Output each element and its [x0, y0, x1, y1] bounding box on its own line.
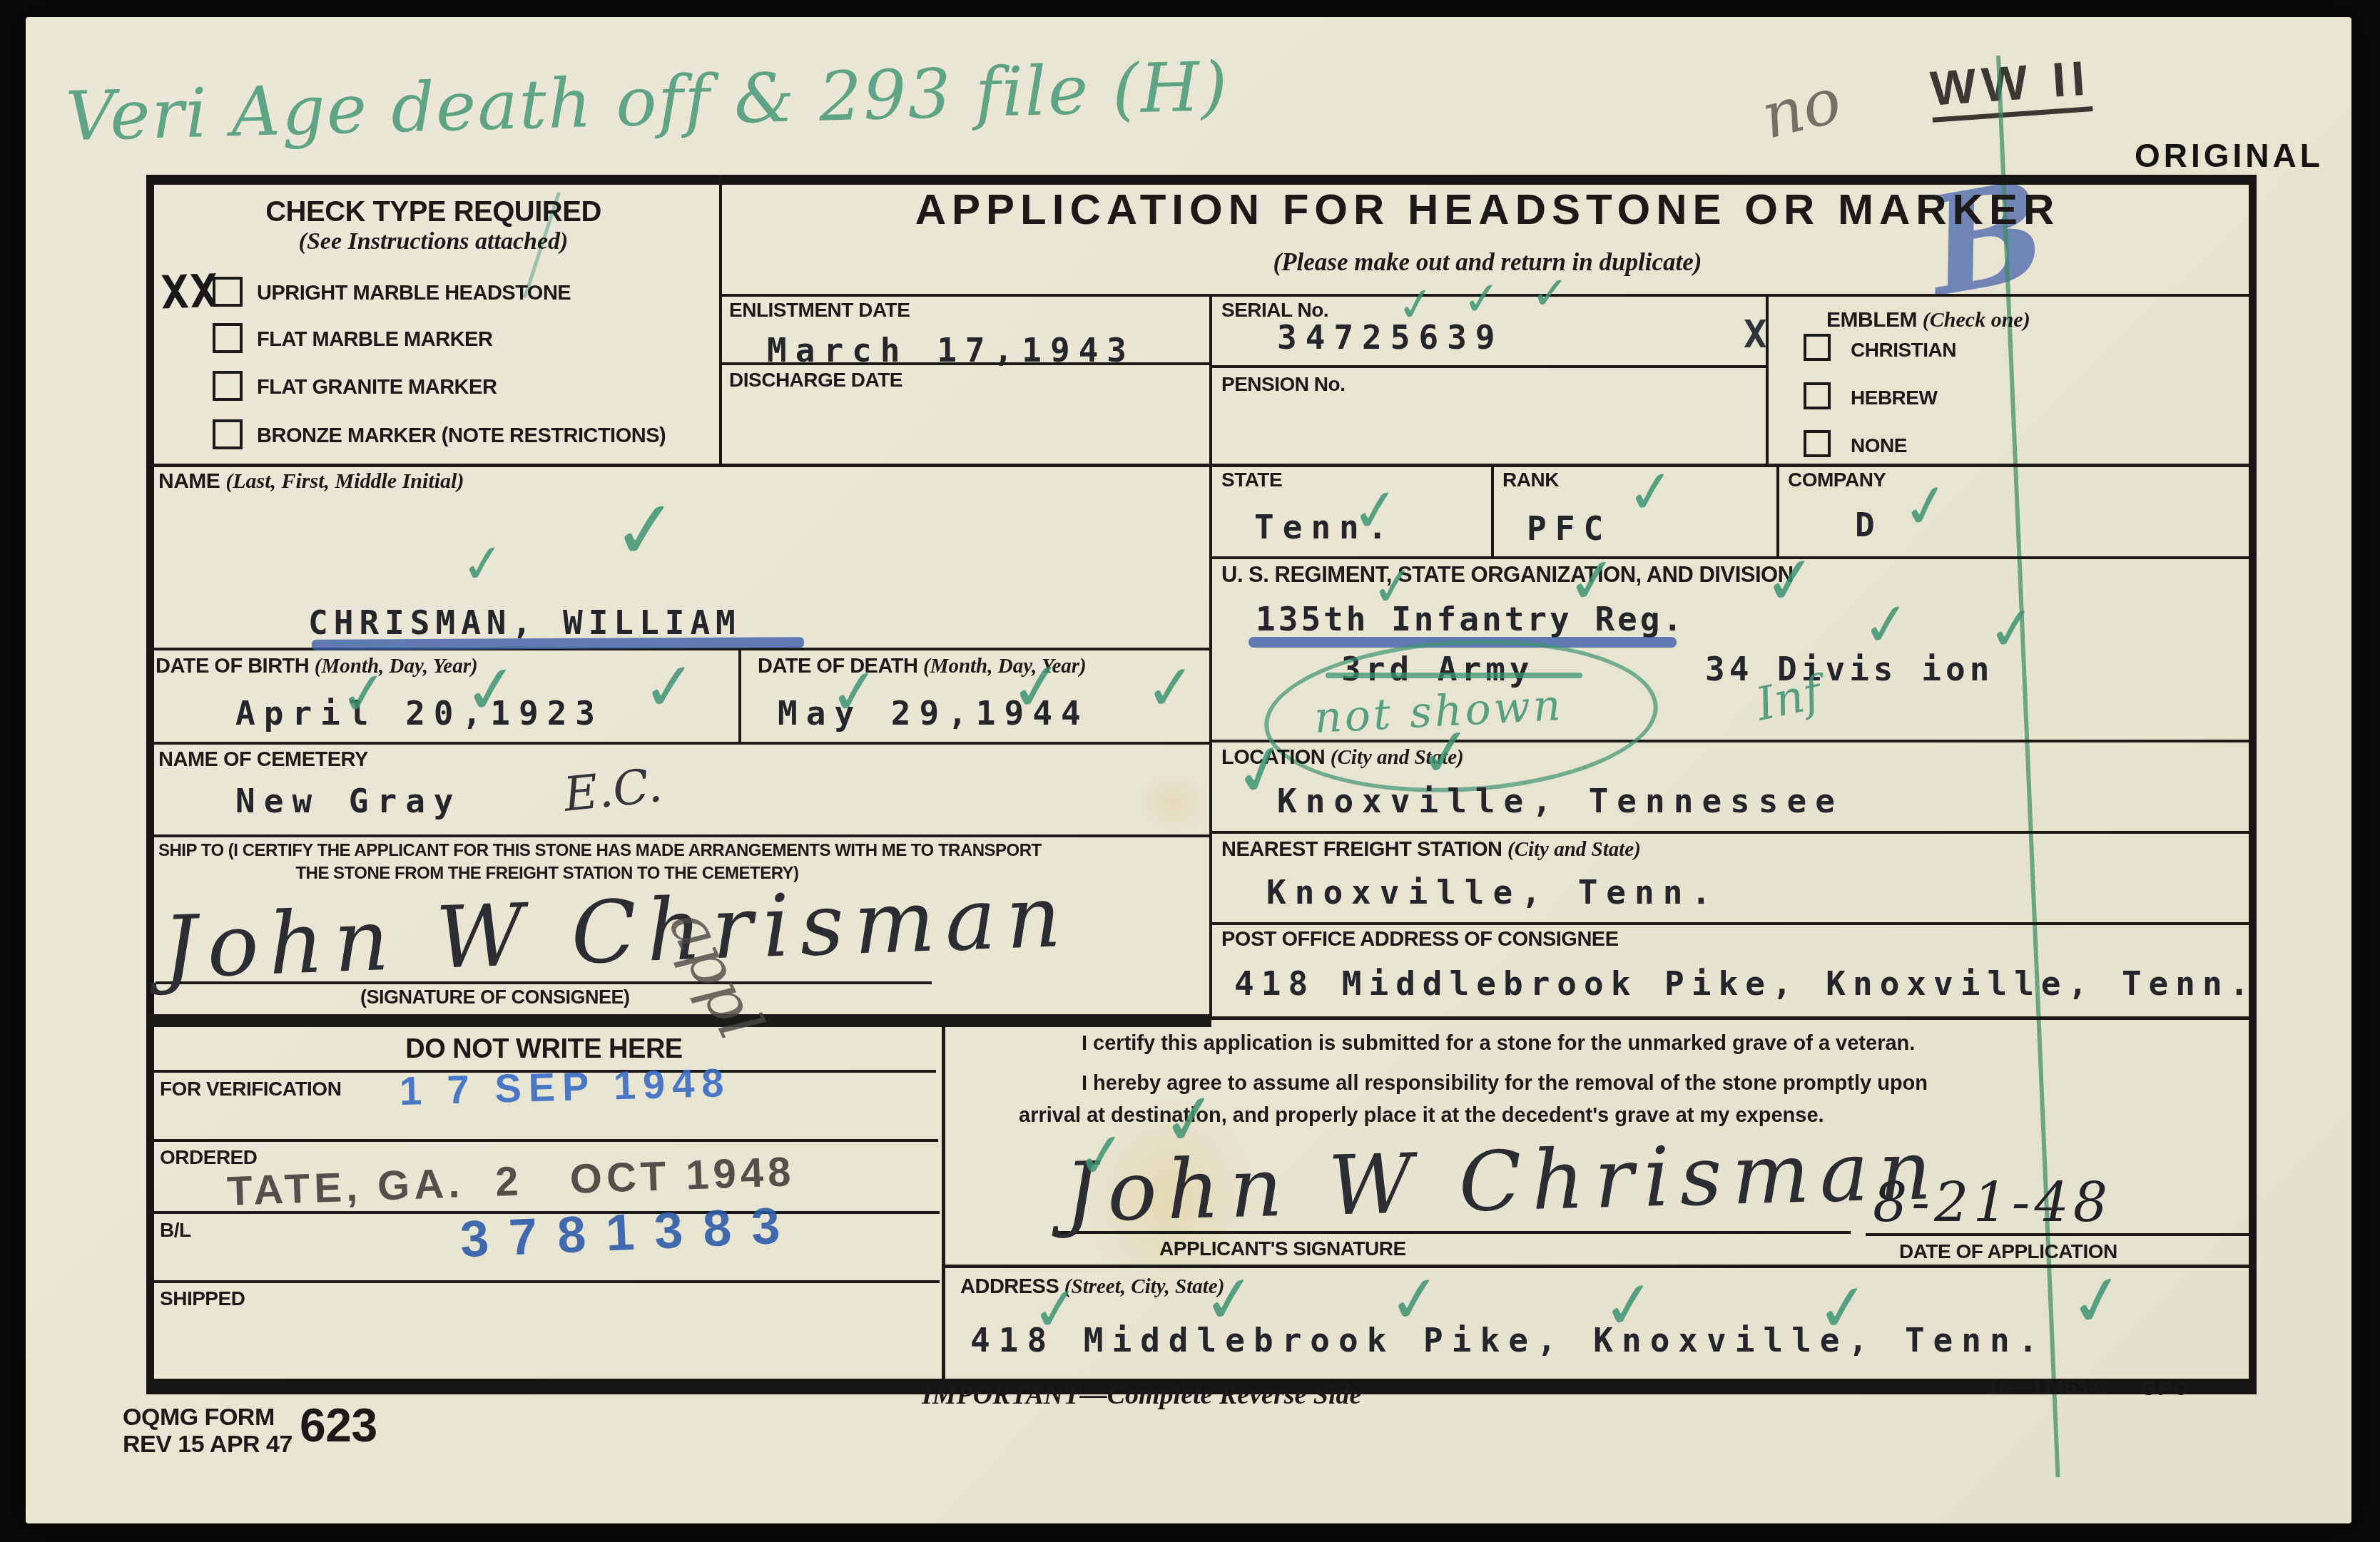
certify-line3: arrival at destination, and properly pla…	[1019, 1105, 1824, 1126]
green-check-mark: ✓	[1143, 656, 1199, 721]
cemetery-value: New Gray	[235, 785, 462, 817]
divider	[1209, 922, 2257, 925]
green-check-mark: ✓	[1200, 1265, 1260, 1334]
check-type-option-label: FLAT GRANITE MARKER	[257, 377, 497, 398]
cemetery-label: NAME OF CEMETERY	[158, 749, 368, 770]
emblem-option-label: CHRISTIAN	[1851, 339, 1956, 360]
enlistment-date-label: ENLISTMENT DATE	[729, 300, 910, 320]
green-check-mark: ✓	[1029, 1279, 1084, 1342]
green-check-mark: ✓	[1073, 1123, 1131, 1189]
emblem-detail: (Check one)	[1923, 308, 2030, 332]
original-label: ORIGINAL	[2135, 138, 2324, 173]
green-check-mark: ✓	[1531, 271, 1570, 317]
form-title: APPLICATION FOR HEADSTONE OR MARKER	[721, 187, 2254, 232]
gpo-label: GPO	[2140, 1378, 2191, 1399]
green-check-mark: ✓	[458, 536, 507, 593]
green-check-mark: ✓	[1415, 718, 1476, 789]
emblem-label: EMBLEM	[1826, 308, 1923, 332]
checkbox-none[interactable]	[1804, 430, 1831, 457]
wwii-stamp: WW II	[1928, 53, 2092, 123]
green-check-mark: ✓	[1157, 1082, 1224, 1158]
pencil-scribble: no	[1756, 68, 1847, 148]
ship-to-label-line1: SHIP TO (I CERTIFY THE APPLICANT FOR THI…	[158, 842, 1042, 859]
divider	[151, 1139, 938, 1142]
rank-value: PFC	[1527, 512, 1612, 545]
pension-no-label: PENSION No.	[1221, 374, 1345, 394]
green-check-mark: ✓	[1600, 1271, 1659, 1340]
verification-date-stamp: 1 7 SEP 1948	[399, 1063, 731, 1111]
address-value: 418 Middlebrook Pike, Knoxville, Tenn.	[970, 1324, 2046, 1357]
freight-station-detail: (City and State)	[1507, 838, 1641, 861]
green-check-mark: ✓	[1394, 280, 1438, 331]
green-check-mark: ✓	[640, 653, 699, 722]
green-check-mark: ✓	[460, 655, 522, 726]
green-check-mark: ✓	[1348, 480, 1403, 543]
form-number: 623	[300, 1401, 377, 1450]
address-label-row: ADDRESS (Street, City, State)	[960, 1275, 1224, 1299]
divider	[150, 464, 2254, 467]
green-check-mark: ✓	[2063, 1262, 2132, 1340]
certify-line1: I certify this application is submitted …	[1082, 1033, 1915, 1054]
green-check-mark: ✓	[609, 489, 681, 573]
applicant-signature-label: APPLICANT'S SIGNATURE	[1159, 1238, 1406, 1259]
checkbox-hebrew[interactable]	[1804, 382, 1831, 409]
emblem-option-label: HEBREW	[1851, 387, 1937, 408]
check-type-option-label: UPRIGHT MARBLE HEADSTONE	[257, 282, 571, 304]
scanned-headstone-application: { "annotations": { "top_note": "Veri Age…	[0, 0, 2380, 1542]
green-check-mark: ✓	[1564, 548, 1622, 614]
dob-value: April 20,1923	[235, 697, 604, 730]
green-check-mark: ✓	[337, 663, 392, 727]
checkbox-christian[interactable]	[1804, 334, 1831, 361]
ec-handwritten-note: E.C.	[561, 762, 664, 819]
checkbox-flat-granite-marker[interactable]	[213, 371, 243, 401]
green-check-mark: ✓	[1761, 546, 1821, 616]
divider	[1209, 556, 2257, 559]
form-id-line1: OQMG FORM	[123, 1405, 275, 1431]
rank-label: RANK	[1502, 469, 1559, 490]
print-code: 16—11453-6	[1987, 1377, 2106, 1399]
name-label-row: NAME (Last, First, Middle Initial)	[158, 469, 464, 494]
for-verification-label: FOR VERIFICATION	[160, 1078, 341, 1099]
company-value: D	[1855, 509, 1883, 541]
emblem-x-mark: X	[1744, 315, 1776, 354]
green-check-mark: ✓	[1897, 474, 1956, 541]
serial-no-label: SERIAL No.	[1221, 300, 1328, 320]
freight-label-row: NEAREST FREIGHT STATION (City and State)	[1221, 838, 1641, 862]
po-address-label: POST OFFICE ADDRESS OF CONSIGNEE	[1221, 929, 1619, 950]
important-note: IMPORTANT—Complete Reverse Side	[922, 1379, 1361, 1411]
do-not-write-top-bar	[148, 1014, 1211, 1027]
divider	[1209, 831, 2257, 834]
name-detail: (Last, First, Middle Initial)	[225, 469, 464, 493]
dob-label: DATE OF BIRTH	[156, 655, 315, 678]
xx-stamp-mark: XX	[161, 269, 220, 317]
green-check-mark: ✓	[1985, 598, 2040, 662]
green-check-mark: ✓	[1385, 1265, 1445, 1334]
bl-label: B/L	[160, 1220, 191, 1240]
check-type-option-label: BRONZE MARKER (NOTE RESTRICTIONS)	[257, 425, 666, 446]
form-id-line2: REV 15 APR 47	[123, 1432, 293, 1458]
divider	[942, 1027, 945, 1380]
emblem-option-label: NONE	[1851, 435, 1907, 456]
divider	[1209, 1016, 2257, 1020]
discharge-date-label: DISCHARGE DATE	[729, 369, 902, 390]
do-not-write-title: DO NOT WRITE HERE	[150, 1036, 938, 1064]
green-check-mark: ✓	[1461, 275, 1502, 324]
ordered-label: ORDERED	[160, 1147, 258, 1168]
green-check-mark: ✓	[1859, 594, 1914, 658]
dob-label-row: DATE OF BIRTH (Month, Day, Year)	[156, 655, 478, 678]
application-date-value: 8-21-48	[1873, 1175, 2112, 1230]
shipped-label: SHIPPED	[160, 1288, 245, 1309]
po-address-value: 418 Middlebrook Pike, Knoxville, Tenn.	[1234, 967, 2256, 1000]
regiment-division-value: 34 Divis ion	[1705, 653, 1993, 685]
regiment-label: U. S. REGIMENT, STATE ORGANIZATION, AND …	[1221, 563, 1794, 587]
green-check-mark: ✓	[1624, 461, 1679, 525]
green-check-mark: ✓	[1814, 1274, 1873, 1343]
divider	[1209, 294, 1212, 1018]
company-label: COMPANY	[1788, 469, 1886, 490]
name-value: CHRISMAN, WILLIAM	[308, 606, 741, 639]
divider	[942, 1265, 2257, 1268]
divider	[1209, 365, 1766, 368]
checkbox-flat-marble-marker[interactable]	[213, 323, 243, 353]
consignee-signature-label: (SIGNATURE OF CONSIGNEE)	[360, 987, 630, 1007]
divider	[149, 1280, 940, 1283]
location-value: Knoxville, Tennessee	[1277, 785, 1844, 817]
name-label: NAME	[158, 469, 225, 493]
divider	[150, 742, 1212, 745]
enlistment-date-value: March 17,1943	[767, 334, 1135, 367]
divider	[150, 834, 1212, 837]
green-check-mark: ✓	[1368, 558, 1418, 616]
divider	[1776, 464, 1779, 556]
checkbox-bronze-marker[interactable]	[213, 419, 243, 449]
green-check-mark: ✓	[1006, 652, 1067, 723]
check-type-title: CHECK TYPE REQUIRED	[157, 197, 710, 227]
check-type-option-label: FLAT MARBLE MARKER	[257, 329, 492, 350]
check-type-subtitle: (See Instructions attached)	[157, 228, 710, 255]
inf-note: Inf	[1752, 670, 1825, 727]
divider	[738, 648, 741, 743]
divider	[1491, 464, 1494, 556]
emblem-title: EMBLEM (Check one)	[1826, 308, 2030, 332]
green-check-mark: ✓	[826, 659, 884, 725]
freight-station-label: NEAREST FREIGHT STATION	[1221, 838, 1507, 861]
bl-number-stamp: 3781383	[459, 1200, 801, 1266]
state-label: STATE	[1221, 469, 1282, 490]
freight-station-value: Knoxville, Tenn.	[1266, 876, 1719, 909]
application-date-label: DATE OF APPLICATION	[1899, 1241, 2117, 1262]
